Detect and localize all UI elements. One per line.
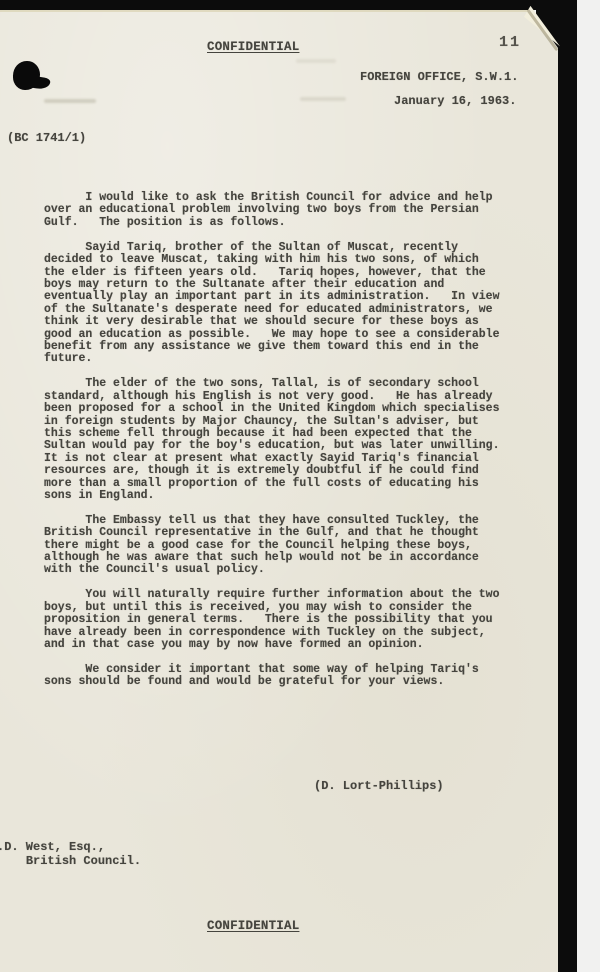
letter-body: I would like to ask the British Council …: [44, 192, 538, 701]
paragraph-6: We consider it important that some way o…: [44, 664, 538, 689]
addressee-block: .D. West, Esq., British Council.: [0, 841, 141, 868]
paragraph-1: I would like to ask the British Council …: [44, 192, 538, 229]
paragraph-2: Sayid Tariq, brother of the Sultan of Mu…: [44, 242, 538, 366]
paper-top-edge: [0, 10, 531, 12]
smudge-mark: [296, 59, 336, 63]
scan-edge-top: [0, 0, 577, 10]
page-number: 11: [499, 34, 521, 51]
paragraph-4: The Embassy tell us that they have consu…: [44, 515, 538, 577]
reference-number: (BC 1741/1): [7, 131, 86, 145]
classification-footer: CONFIDENTIAL: [207, 919, 299, 933]
smudge-mark: [300, 97, 346, 101]
scanned-letter: CONFIDENTIAL 11 FOREIGN OFFICE, S.W.1. J…: [0, 0, 600, 972]
signature: (D. Lort-Phillips): [314, 779, 444, 793]
scan-margin-strip: [577, 0, 600, 972]
letter-date: January 16, 1963.: [394, 94, 516, 108]
paragraph-5: You will naturally require further infor…: [44, 589, 538, 651]
paragraph-3: The elder of the two sons, Tallal, is of…: [44, 378, 538, 502]
classification-header: CONFIDENTIAL: [207, 40, 299, 54]
smudge-mark: [44, 99, 96, 103]
letterhead-office: FOREIGN OFFICE, S.W.1.: [360, 70, 518, 84]
